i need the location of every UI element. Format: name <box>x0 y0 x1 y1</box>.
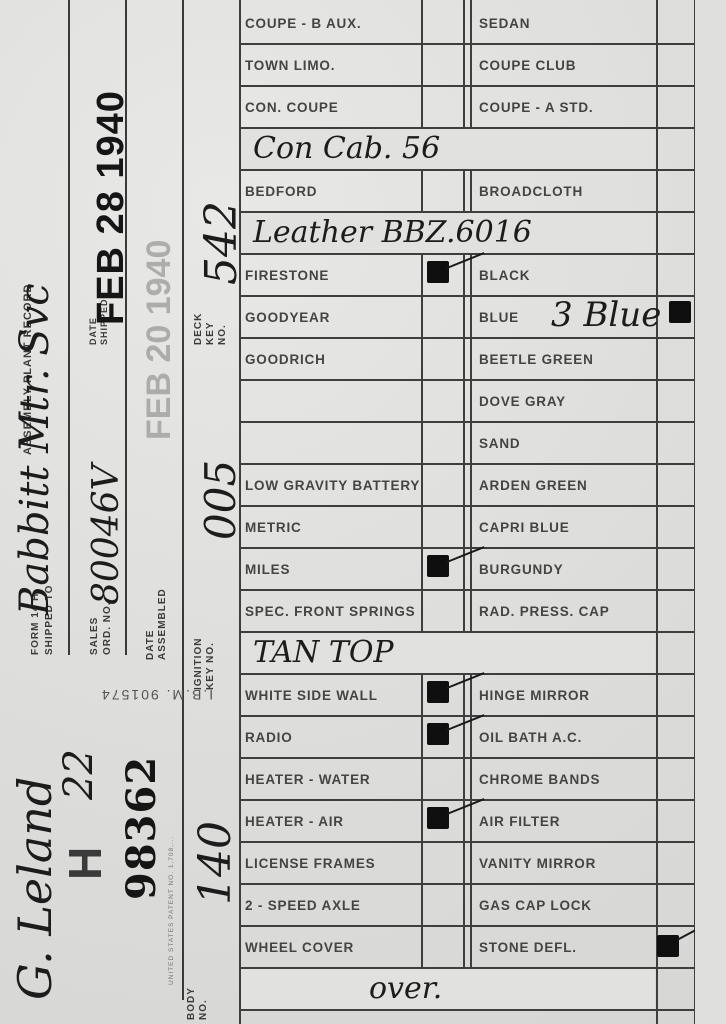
option-label-right: OIL BATH A.C. <box>479 717 659 757</box>
option-label-right: SAND <box>479 423 659 463</box>
option-label-right: CHROME BANDS <box>479 759 659 799</box>
option-label-left: HEATER - WATER <box>245 759 421 799</box>
option-label-right: HINGE MIRROR <box>479 675 659 715</box>
option-label-left: LOW GRAVITY BATTERY <box>245 465 421 505</box>
option-label-left: COUPE - B AUX. <box>245 3 421 43</box>
deck-key-label: DECK KEY NO. <box>193 301 229 345</box>
option-row: SAND <box>239 423 695 465</box>
option-label-left <box>245 381 421 421</box>
option-label-left: MILES <box>245 549 421 589</box>
option-label-left: HEATER - AIR <box>245 801 421 841</box>
option-row: GOODRICHBEETLE GREEN <box>239 339 695 381</box>
option-label-left: FIRESTONE <box>245 255 421 295</box>
option-label-left: METRIC <box>245 507 421 547</box>
serial-number-stamp: 98362 <box>118 756 165 900</box>
option-checkbox-right[interactable] <box>658 339 694 379</box>
options-grid: COUPE - B AUX.SEDANTOWN LIMO.COUPE CLUBC… <box>239 0 695 1024</box>
option-row: SPEC. FRONT SPRINGSRAD. PRESS. CAP <box>239 591 695 633</box>
option-label-left: WHEEL COVER <box>245 927 421 967</box>
option-checkbox-right[interactable] <box>658 255 694 295</box>
option-checkbox-left[interactable] <box>423 297 463 337</box>
option-label-left: 2 - SPEED AXLE <box>245 885 421 925</box>
option-row: HEATER - AIRAIR FILTER <box>239 801 695 843</box>
option-checkbox-right[interactable] <box>658 717 694 757</box>
option-checkbox-left[interactable] <box>423 423 463 463</box>
option-label-right: RAD. PRESS. CAP <box>479 591 659 631</box>
option-checkbox-left[interactable] <box>423 507 463 547</box>
option-label-left: LICENSE FRAMES <box>245 843 421 883</box>
handwritten-annotation: 3 Blue <box>551 295 661 335</box>
option-label-right: COUPE - A STD. <box>479 87 659 127</box>
handwritten-row: Con Cab. 56 <box>239 129 695 171</box>
option-label-right: STONE DEFL. <box>479 927 659 967</box>
option-label-left <box>245 423 421 463</box>
option-label-right: SEDAN <box>479 3 659 43</box>
option-label-left: TOWN LIMO. <box>245 45 421 85</box>
option-checkbox-left[interactable] <box>423 171 463 211</box>
filled-checkbox-mark-icon <box>427 723 449 745</box>
patent-text: UNITED STATES PATENT NO. 1,708,... <box>168 836 175 985</box>
date-assembled-label: DATE ASSEMBLED <box>145 590 169 660</box>
filled-checkbox-mark-icon <box>669 301 691 323</box>
handwritten-row: over. <box>239 969 695 1011</box>
option-label-right: BEETLE GREEN <box>479 339 659 379</box>
card-edge <box>695 0 726 1024</box>
option-row: LOW GRAVITY BATTERYARDEN GREEN <box>239 465 695 507</box>
option-checkbox-right[interactable] <box>658 45 694 85</box>
option-checkbox-left[interactable] <box>423 339 463 379</box>
option-checkbox-left[interactable] <box>423 465 463 505</box>
filled-checkbox-mark-icon <box>427 807 449 829</box>
date-shipped-stamp: FEB 28 1940 <box>90 90 133 325</box>
mirrored-ibm-text: I.B.M. 901574 <box>100 687 213 703</box>
shipped-to-value: Babbitt Mtr. Svc <box>12 283 58 615</box>
option-label-right: VANITY MIRROR <box>479 843 659 883</box>
option-row: WHITE SIDE WALLHINGE MIRROR <box>239 675 695 717</box>
filled-checkbox-mark-icon <box>427 555 449 577</box>
option-row: METRICCAPRI BLUE <box>239 507 695 549</box>
option-label-right: DOVE GRAY <box>479 381 659 421</box>
option-label-left: WHITE SIDE WALL <box>245 675 421 715</box>
option-checkbox-right[interactable] <box>658 591 694 631</box>
option-label-right: ARDEN GREEN <box>479 465 659 505</box>
option-checkbox-right[interactable] <box>658 885 694 925</box>
option-label-right: GAS CAP LOCK <box>479 885 659 925</box>
option-checkbox-right[interactable] <box>658 171 694 211</box>
option-row: FIRESTONEBLACK <box>239 255 695 297</box>
inspector-signature: G. Leland <box>8 777 62 1000</box>
option-label-left: RADIO <box>245 717 421 757</box>
option-checkbox-left[interactable] <box>423 885 463 925</box>
ignition-key-value: 005 <box>196 460 245 540</box>
option-label-left: GOODYEAR <box>245 297 421 337</box>
option-label-right: BLACK <box>479 255 659 295</box>
option-checkbox-right[interactable] <box>658 549 694 589</box>
handwritten-note: Leather BBZ.6016 <box>253 215 532 250</box>
option-checkbox-right[interactable] <box>658 759 694 799</box>
option-label-left: SPEC. FRONT SPRINGS <box>245 591 421 631</box>
option-row: DOVE GRAY <box>239 381 695 423</box>
handwritten-note: over. <box>369 971 442 1006</box>
body-number-value: 140 <box>190 821 241 905</box>
option-checkbox-left[interactable] <box>423 45 463 85</box>
header-strip: ASSEMBLY PLANT RECORD FORM 14 H SHIPPED … <box>0 0 239 1024</box>
assembly-plant-record-card: ASSEMBLY PLANT RECORD FORM 14 H SHIPPED … <box>0 0 726 1024</box>
option-checkbox-right[interactable] <box>658 465 694 505</box>
option-row: HEATER - WATERCHROME BANDS <box>239 759 695 801</box>
option-checkbox-right[interactable] <box>658 801 694 841</box>
option-checkbox-left[interactable] <box>423 381 463 421</box>
option-label-right: COUPE CLUB <box>479 45 659 85</box>
option-row: WHEEL COVERSTONE DEFL. <box>239 927 695 969</box>
divider-line <box>68 0 70 655</box>
option-checkbox-right[interactable] <box>658 507 694 547</box>
filled-checkbox-mark-icon <box>427 261 449 283</box>
inspector-number: 22 <box>56 749 102 800</box>
sales-order-value: 80046V <box>86 464 127 605</box>
body-number-label: BODY NO. <box>186 980 210 1020</box>
date-assembled-stamp: FEB 20 1940 <box>140 240 179 440</box>
handwritten-note: TAN TOP <box>253 635 394 670</box>
option-row: COUPE - B AUX.SEDAN <box>239 3 695 45</box>
divider-line <box>182 0 184 1000</box>
option-label-left: GOODRICH <box>245 339 421 379</box>
option-row: TOWN LIMO.COUPE CLUB <box>239 45 695 87</box>
row-background <box>241 969 655 1009</box>
option-checkbox-left[interactable] <box>423 927 463 967</box>
option-checkbox-right[interactable] <box>658 87 694 127</box>
option-label-left: BEDFORD <box>245 171 421 211</box>
option-label-right: BROADCLOTH <box>479 171 659 211</box>
ignition-key-label: IGNITION KEY NO. <box>193 620 217 690</box>
option-row: 2 - SPEED AXLEGAS CAP LOCK <box>239 885 695 927</box>
option-label-left: CON. COUPE <box>245 87 421 127</box>
handwritten-note: Con Cab. 56 <box>253 131 440 166</box>
option-checkbox-left[interactable] <box>423 87 463 127</box>
option-checkbox-right[interactable] <box>658 675 694 715</box>
option-row: MILESBURGUNDY <box>239 549 695 591</box>
option-checkbox-left[interactable] <box>423 843 463 883</box>
option-label-right: CAPRI BLUE <box>479 507 659 547</box>
handwritten-row: Leather BBZ.6016 <box>239 213 695 255</box>
option-checkbox-right[interactable] <box>658 843 694 883</box>
model-letter-stamp: H <box>58 846 112 880</box>
option-checkbox-right[interactable] <box>658 381 694 421</box>
option-checkbox-right[interactable] <box>658 423 694 463</box>
option-checkbox-left[interactable] <box>423 3 463 43</box>
option-checkbox-left[interactable] <box>423 591 463 631</box>
handwritten-row: TAN TOP <box>239 633 695 675</box>
option-row: GOODYEARBLUE3 Blue <box>239 297 695 339</box>
option-row: RADIOOIL BATH A.C. <box>239 717 695 759</box>
option-row: LICENSE FRAMESVANITY MIRROR <box>239 843 695 885</box>
filled-checkbox-mark-icon <box>427 681 449 703</box>
option-label-right: BURGUNDY <box>479 549 659 589</box>
option-label-right: AIR FILTER <box>479 801 659 841</box>
option-row: BEDFORDBROADCLOTH <box>239 171 695 213</box>
option-checkbox-right[interactable] <box>658 3 694 43</box>
option-checkbox-left[interactable] <box>423 759 463 799</box>
option-row: CON. COUPECOUPE - A STD. <box>239 87 695 129</box>
